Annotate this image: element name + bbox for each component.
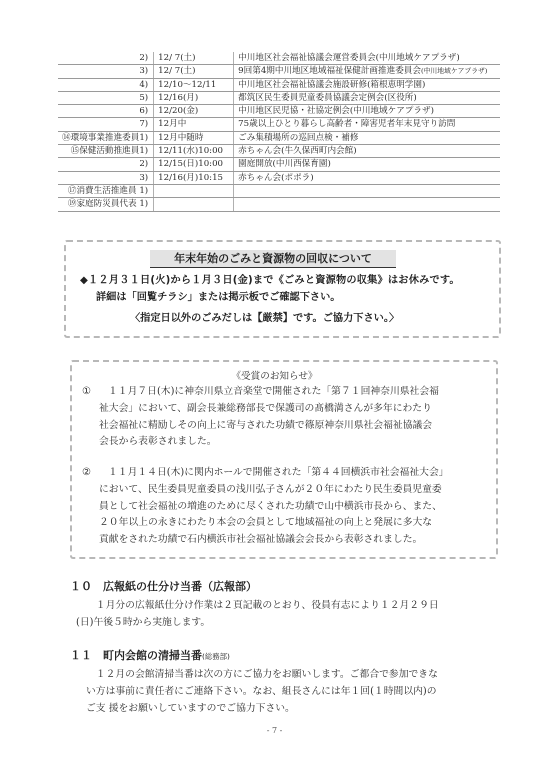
section-10-body: １月分の広報紙仕分け作業は２頁記載のとおり、役員有志により１２月２９日 (日)午… — [86, 597, 439, 631]
table-row: 4) 12/10～12/11 中川地区社会福祉協議会施設研修(箱根恵明学園) — [58, 78, 500, 91]
row-event: ごみ集積場所の巡回点検・補修 — [234, 131, 500, 144]
event-venue-small: (中川地域ケアプラザ) — [421, 67, 487, 75]
notice-line-2: 詳細は「回覧チラシ」または掲示板でご確認下さい。 — [96, 288, 341, 303]
row-event: 中川地区社会福祉協議会運営委員会(中川地域ケアプラザ) — [234, 52, 500, 65]
row-label: ⑲家庭防災員代表 1) — [58, 198, 154, 211]
row-event: 75歳以上ひとり暮らし高齢者・障害児者年末見守り訪問 — [234, 118, 500, 131]
table-row: 3) 12/ 7(土) 9回第4期中川地区地域福祉保健計画推進委員会(中川地域ケ… — [58, 65, 500, 78]
body-line: い方は事前に責任者にご連絡下さい。なお、組長さんには年１回(１時間以内)の — [86, 683, 438, 700]
award-line: １１月１４日(木)に関内ホールで開催された「第４４回横浜市社会福祉大会」 — [108, 467, 449, 478]
row-event: 中川地区民児協・社協定例会(中川地域ケアプラザ) — [234, 105, 500, 118]
section-11-heading: １１ 町内会館の清掃当番(総務部) — [70, 647, 230, 663]
awards-title: 《受賞のお知らせ》 — [0, 368, 549, 382]
row-date — [154, 198, 234, 211]
award-line: 社会福祉に精励しその向上に寄与された功績で篠原神奈川県社会福祉協議会 — [82, 418, 439, 435]
award-marker: ② — [82, 465, 108, 482]
row-date: 12/16(月) — [154, 91, 234, 104]
award-item-1: ①１１月７日(木)に神奈川県立音楽堂で開催された「第７１回神奈川県社会福 祉大会… — [82, 384, 439, 451]
award-line: 貢献をされた功績で石内横浜市社会福祉協議会会長から表彰されました。 — [82, 532, 449, 549]
row-label: 3) — [58, 65, 154, 78]
row-date: 12/ 7(土) — [154, 65, 234, 78]
row-label: ⑭環境事業推進委員1) — [58, 131, 154, 144]
row-event — [234, 184, 500, 197]
row-label: 4) — [58, 78, 154, 91]
row-date: 12/20(金) — [154, 105, 234, 118]
table-row: ⑰消費生活推進員 1) — [58, 184, 500, 197]
table-row: 6) 12/20(金) 中川地区民児協・社協定例会(中川地域ケアプラザ) — [58, 105, 500, 118]
notice-line-3: 〈指定日以外のごみだしは【厳禁】です。ご協力下さい。〉 — [130, 309, 399, 324]
award-marker: ① — [82, 384, 108, 401]
award-line: ２０年以上の永きにわたり本会の会員として地域福祉の向上と発展に多大な — [82, 515, 449, 532]
row-label: 2) — [58, 52, 154, 65]
row-date: 12/15(日)10:00 — [154, 158, 234, 171]
award-line: 会長から表彰されました。 — [82, 434, 439, 451]
section-11-body: １２月の会館清掃当番は次の方にご協力をお願いします。ご都合で参加できな い方は事… — [86, 666, 438, 717]
award-line: において、民生委員児童委員の浅川弘子さんが２０年にわたり民生委員児童委 — [82, 482, 449, 499]
award-line: 祉大会」において、副会長兼総務部長で保護司の髙橋満さんが多年にわたり — [82, 401, 439, 418]
row-label: ⑮保健活動推進員1) — [58, 145, 154, 158]
row-label: 5) — [58, 91, 154, 104]
row-date: 12月中 — [154, 118, 234, 131]
row-date: 12/ 7(土) — [154, 52, 234, 65]
body-line: ご支 援をお願いしていますのでご協力下さい。 — [86, 700, 438, 717]
row-event: 中川地区社会福祉協議会施設研修(箱根恵明学園) — [234, 78, 500, 91]
row-label: 7) — [58, 118, 154, 131]
award-item-2: ②１１月１４日(木)に関内ホールで開催された「第４４回横浜市社会福祉大会」 にお… — [82, 465, 449, 549]
row-date: 12/10～12/11 — [154, 78, 234, 91]
heading-text: １１ 町内会館の清掃当番 — [70, 649, 202, 662]
schedule-table: 2) 12/ 7(土) 中川地区社会福祉協議会運営委員会(中川地域ケアプラザ) … — [58, 52, 500, 212]
event-text: 9回第4期中川地区地域福祉保健計画推進委員会 — [238, 66, 421, 76]
row-date: 12/11(水)10:00 — [154, 145, 234, 158]
section-10-heading: １０ 広報紙の仕分け当番（広報部） — [70, 578, 257, 594]
table-row: ⑭環境事業推進委員1) 12月中随時 ごみ集積場所の巡回点検・補修 — [58, 131, 500, 144]
row-event: 園庭開放(中川西保育園) — [234, 158, 500, 171]
page-number: - 7 - — [0, 726, 549, 735]
table-row: ⑮保健活動推進員1) 12/11(水)10:00 赤ちゃん会(牛久保西町内会館) — [58, 145, 500, 158]
notice-line-1: ◆１２月３１日(火)から１月３日(金)まで《ごみと資源物の収集》はお休みです。 — [80, 271, 460, 286]
row-date — [154, 184, 234, 197]
body-line: １月分の広報紙仕分け作業は２頁記載のとおり、役員有志により１２月２９日 — [86, 597, 439, 614]
row-event: 9回第4期中川地区地域福祉保健計画推進委員会(中川地域ケアプラザ) — [234, 65, 500, 78]
body-line: １２月の会館清掃当番は次の方にご協力をお願いします。ご都合で参加できな — [86, 666, 438, 683]
table-row: 2) 12/15(日)10:00 園庭開放(中川西保育園) — [58, 158, 500, 171]
row-event — [234, 198, 500, 211]
table-row: 2) 12/ 7(土) 中川地区社会福祉協議会運営委員会(中川地域ケアプラザ) — [58, 52, 500, 65]
table-row: 7) 12月中 75歳以上ひとり暮らし高齢者・障害児者年末見守り訪問 — [58, 118, 500, 131]
row-label: 3) — [58, 171, 154, 184]
body-line: (日)午後５時から実施します。 — [76, 614, 439, 631]
row-event: 都筑区民生委員児童委員協議会定例会(区役所) — [234, 91, 500, 104]
row-label: 2) — [58, 158, 154, 171]
table-row: 5) 12/16(月) 都筑区民生委員児童委員協議会定例会(区役所) — [58, 91, 500, 104]
notice-title: 年末年始のごみと資源物の回収について — [150, 250, 396, 268]
award-line: 員として社会福祉の増進のために尽くされた功績で山中横浜市長から、また、 — [82, 499, 449, 516]
row-label: ⑰消費生活推進員 1) — [58, 184, 154, 197]
row-event: 赤ちゃん会(牛久保西町内会館) — [234, 145, 500, 158]
row-label: 6) — [58, 105, 154, 118]
heading-dept: (総務部) — [202, 652, 230, 661]
table-row: 3) 12/16(月)10:15 赤ちゃん会(ポポラ) — [58, 171, 500, 184]
award-line: １１月７日(木)に神奈川県立音楽堂で開催された「第７１回神奈川県社会福 — [108, 386, 439, 397]
row-date: 12/16(月)10:15 — [154, 171, 234, 184]
row-event: 赤ちゃん会(ポポラ) — [234, 171, 500, 184]
table-row: ⑲家庭防災員代表 1) — [58, 198, 500, 211]
row-date: 12月中随時 — [154, 131, 234, 144]
